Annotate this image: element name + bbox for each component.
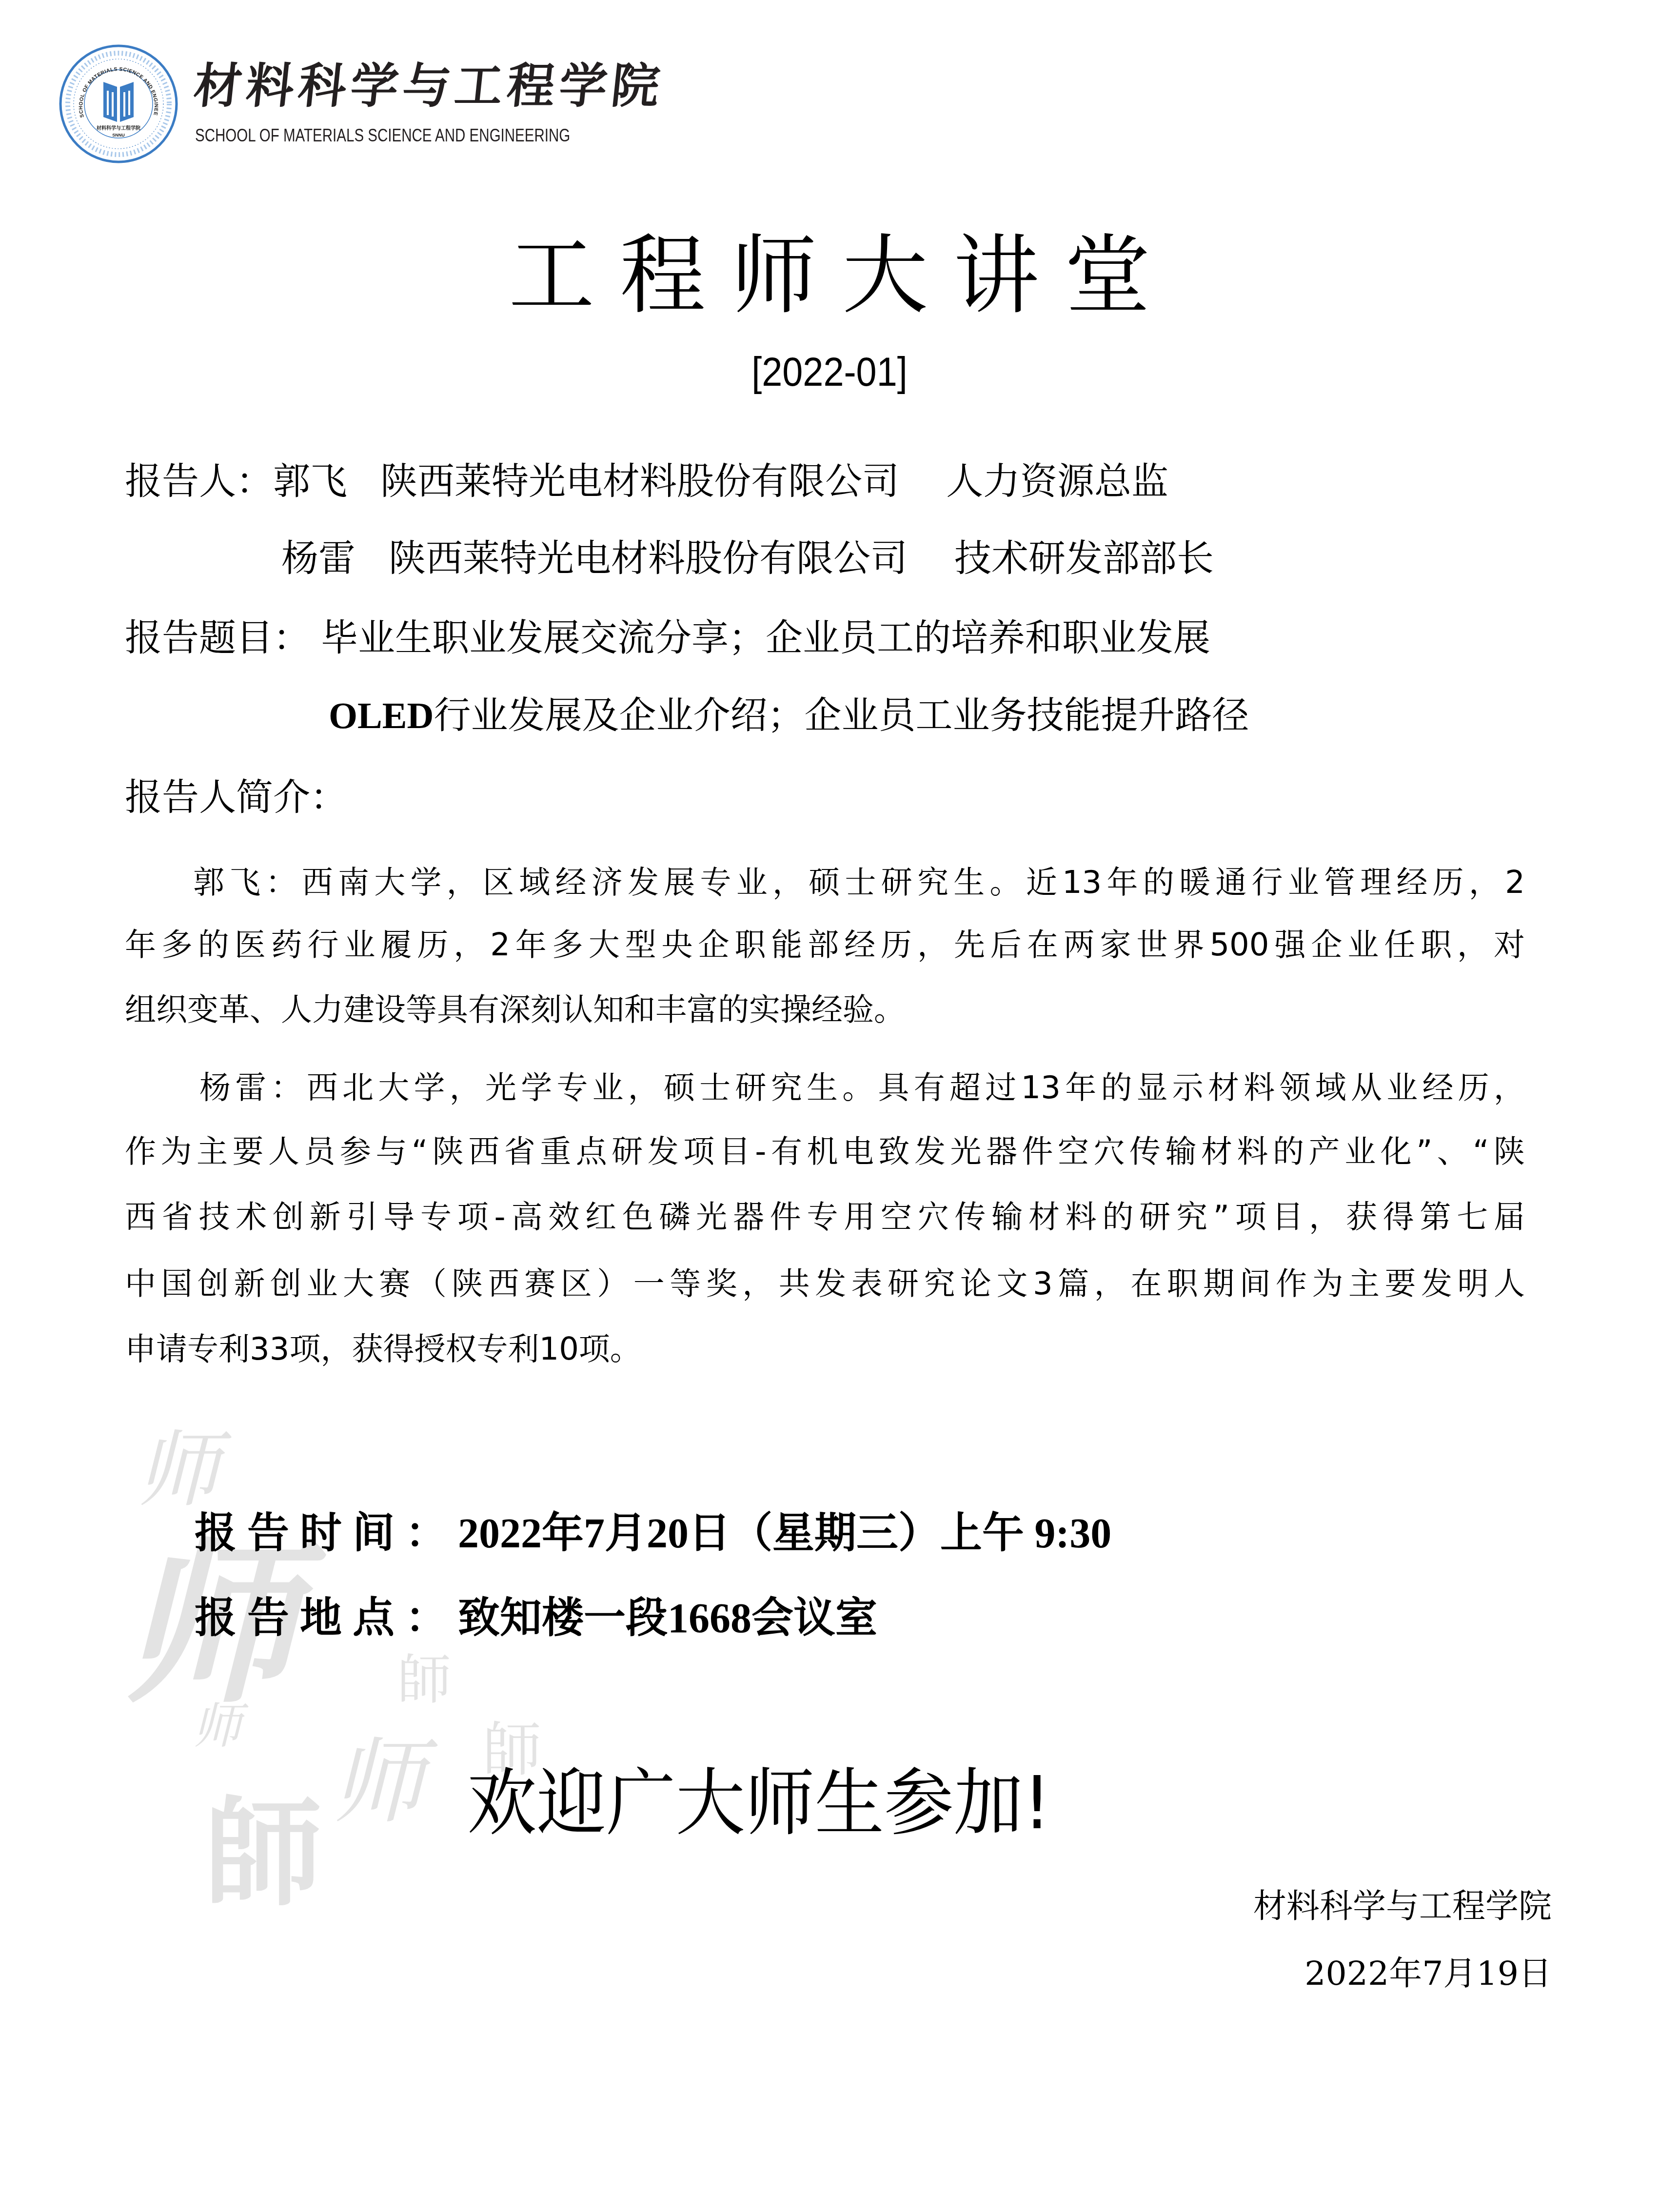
signature-date: 2022年7月19日 [1304, 1955, 1552, 1994]
svg-text:SNNU: SNNU [112, 133, 125, 138]
speaker-name: 杨雷 [281, 536, 355, 580]
watermark-glyph: 师 [137, 1429, 219, 1512]
watermark-glyph: 师 [332, 1736, 424, 1829]
speaker-row-1: 报告人：郭飞陕西莱特光电材料股份有限公司人力资源总监 [125, 459, 1168, 503]
watermark-glyph: 師 [397, 1653, 451, 1707]
school-name-cn: 材料科学与工程学院 [191, 59, 667, 113]
topic-label: 报告题目： [125, 616, 310, 659]
speaker-position: 人力资源总监 [946, 459, 1168, 503]
bio-line: 申请专利33项，获得授权专利10项。 [125, 1331, 1525, 1368]
speaker-label: 报告人： [125, 459, 273, 503]
event-place-label: 报告地点： [195, 1593, 458, 1642]
bio-line: 郭飞：西南大学，区域经济发展专业，硕士研究生。近13年的暖通行业管理经历，2 [125, 864, 1525, 901]
topic-line: 行业发展及企业介绍；企业员工业务技能提升路径 [434, 693, 1249, 737]
speaker-position: 技术研发部部长 [954, 536, 1214, 580]
bio-label: 报告人简介： [125, 775, 347, 819]
topic-row-1: 报告题目：毕业生职业发展交流分享；企业员工的培养和职业发展 [125, 616, 1210, 660]
topic-latin: OLED [329, 695, 434, 736]
speaker-name: 郭飞 [273, 459, 347, 503]
event-time: 报告时间：2022年7月20日（星期三）上午 9:30 [195, 1509, 1111, 1558]
bio-line: 组织变革、人力建设等具有深刻认知和丰富的实操经验。 [125, 991, 1525, 1028]
event-place: 报告地点：致知楼一段1668会议室 [195, 1594, 877, 1642]
school-name-en: SCHOOL OF MATERIALS SCIENCE AND ENGINEER… [195, 126, 570, 145]
poster-page: 师 师 師 师 師 师 師 材料科学与工程学院 SNNU SCHOOL OF M… [0, 0, 1659, 2212]
watermark-glyph: 师 [193, 1702, 241, 1751]
speaker-row-2: 杨雷陕西莱特光电材料股份有限公司技术研发部部长 [281, 536, 1214, 580]
watermark-glyph: 師 [205, 1795, 322, 1912]
issue-number: [2022-01] [83, 347, 1576, 396]
bio-line: 西省技术创新引导专项-高效红色磷光器件专用空穴传输材料的研究”项目，获得第七届 [125, 1199, 1525, 1236]
bio-line: 年多的医药行业履历，2年多大型央企职能部经历，先后在两家世界500强企业任职，对 [125, 927, 1525, 964]
svg-text:材料科学与工程学院: 材料科学与工程学院 [97, 125, 140, 131]
bio-line: 中国创新创业大赛（陕西赛区）一等奖，共发表研究论文3篇，在职期间作为主要发明人 [125, 1265, 1525, 1303]
page-title: 工程师大讲堂 [0, 227, 1659, 325]
bio-line: 杨雷：西北大学，光学专业，硕士研究生。具有超过13年的显示材料领域从业经历， [125, 1069, 1525, 1106]
bio-line: 作为主要人员参与“陕西省重点研发项目-有机电致发光器件空穴传输材料的产业化”、“… [125, 1133, 1525, 1170]
event-time-label: 报告时间： [195, 1508, 458, 1558]
speaker-company: 陕西莱特光电材料股份有限公司 [389, 536, 908, 580]
event-time-value: 2022年7月20日（星期三）上午 9:30 [458, 1510, 1111, 1557]
signature-org: 材料科学与工程学院 [1253, 1887, 1552, 1926]
welcome-message: 欢迎广大师生参加! [467, 1759, 1051, 1847]
school-emblem-icon: 材料科学与工程学院 SNNU SCHOOL OF MATERIALS SCIEN… [59, 44, 178, 164]
topic-row-2: OLED行业发展及企业介绍；企业员工业务技能提升路径 [329, 693, 1249, 738]
topic-line: 毕业生职业发展交流分享；企业员工的培养和职业发展 [321, 616, 1210, 659]
event-place-value: 致知楼一段1668会议室 [458, 1595, 877, 1641]
speaker-company: 陕西莱特光电材料股份有限公司 [380, 459, 899, 503]
